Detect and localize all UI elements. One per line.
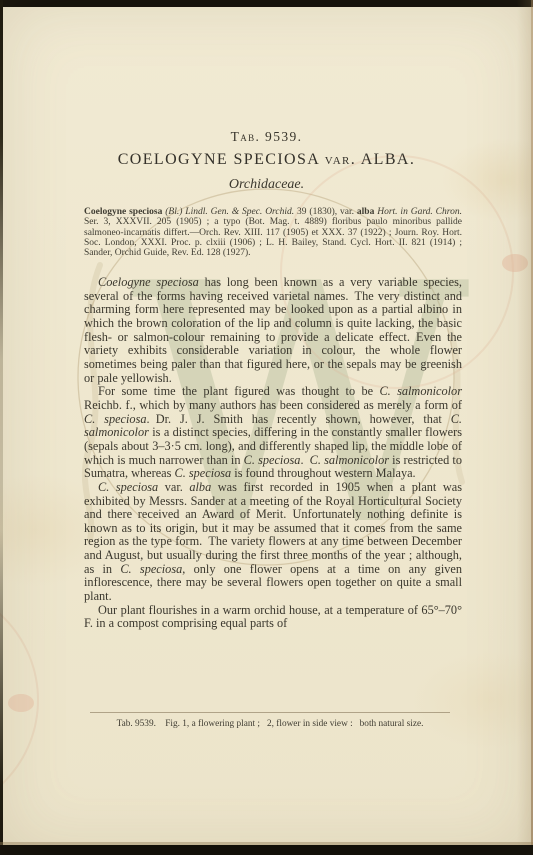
body-paragraph: For some time the plant figured was thou… xyxy=(84,385,462,481)
body-text: Coelogyne speciosa has long been known a… xyxy=(84,276,462,631)
scanned-page: W Tab. 9539. COELOGYNE SPECIOSA var. ALB… xyxy=(0,0,533,855)
plate-number: Tab. 9539. xyxy=(0,129,533,145)
embossed-stamp-circle-left xyxy=(0,584,38,816)
nomenclature-citation: Coelogyne speciosa (Bl.) Lindl. Gen. & S… xyxy=(84,207,462,258)
embossed-stamp-seal-left xyxy=(8,694,34,712)
plate-caption: Tab. 9539. Fig. 1, a flowering plant ; 2… xyxy=(60,719,480,729)
family-name: Orchidaceae. xyxy=(0,177,533,193)
footer-rule xyxy=(90,712,450,713)
body-paragraph: Coelogyne speciosa has long been known a… xyxy=(84,276,462,385)
species-title: COELOGYNE SPECIOSA var. ALBA. xyxy=(0,151,533,169)
body-paragraph: Our plant flourishes in a warm orchid ho… xyxy=(84,604,462,631)
scan-edge-bottom xyxy=(0,845,533,855)
body-paragraph: C. speciosa var. alba was first recorded… xyxy=(84,481,462,604)
scan-edge-top xyxy=(0,0,533,7)
